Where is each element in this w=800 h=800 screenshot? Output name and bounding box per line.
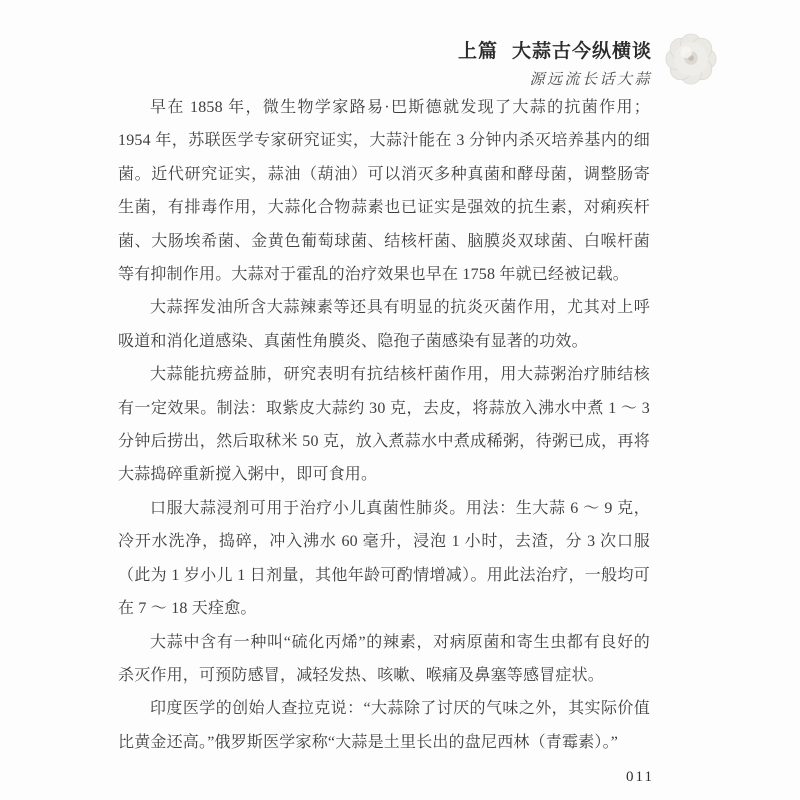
chapter-title: 大蒜古今纵横谈 [512,41,652,62]
paragraph-1: 早在 1858 年，微生物学家路易·巴斯德就发现了大蒜的抗菌作用；1954 年，… [118,91,650,291]
garlic-bulb-graphic [662,31,720,87]
running-header: 上篇大蒜古今纵横谈 源远流长话大蒜 [458,36,652,89]
body-text: 早在 1858 年，微生物学家路易·巴斯德就发现了大蒜的抗菌作用；1954 年，… [118,91,650,759]
section-label: 上篇 [458,41,498,62]
paragraph-2: 大蒜挥发油所含大蒜辣素等还具有明显的抗炎灭菌作用，尤其对上呼吸道和消化道感染、真… [118,291,650,358]
book-page: 上篇大蒜古今纵横谈 源远流长话大蒜 早在 1858 年，微生物学家路易·巴斯德就… [0,0,800,800]
paragraph-4: 口服大蒜浸剂可用于治疗小儿真菌性肺炎。用法：生大蒜 6 ～ 9 克，冷开水洗净，… [118,492,650,626]
garlic-bulb-icon [662,31,720,87]
page-number: 011 [626,769,654,786]
paragraph-3: 大蒜能抗痨益肺，研究表明有抗结核杆菌作用，用大蒜粥治疗肺结核有一定效果。制法：取… [118,358,650,492]
paragraph-6: 印度医学的创始人查拉克说：“大蒜除了讨厌的气味之外，其实际价值比黄金还高。”俄罗… [118,692,650,759]
chapter-subtitle: 源远流长话大蒜 [458,68,652,89]
paragraph-5: 大蒜中含有一种叫“硫化丙烯”的辣素，对病原菌和寄生虫都有良好的杀灭作用，可预防感… [118,626,650,693]
chapter-heading: 上篇大蒜古今纵横谈 [458,36,652,63]
